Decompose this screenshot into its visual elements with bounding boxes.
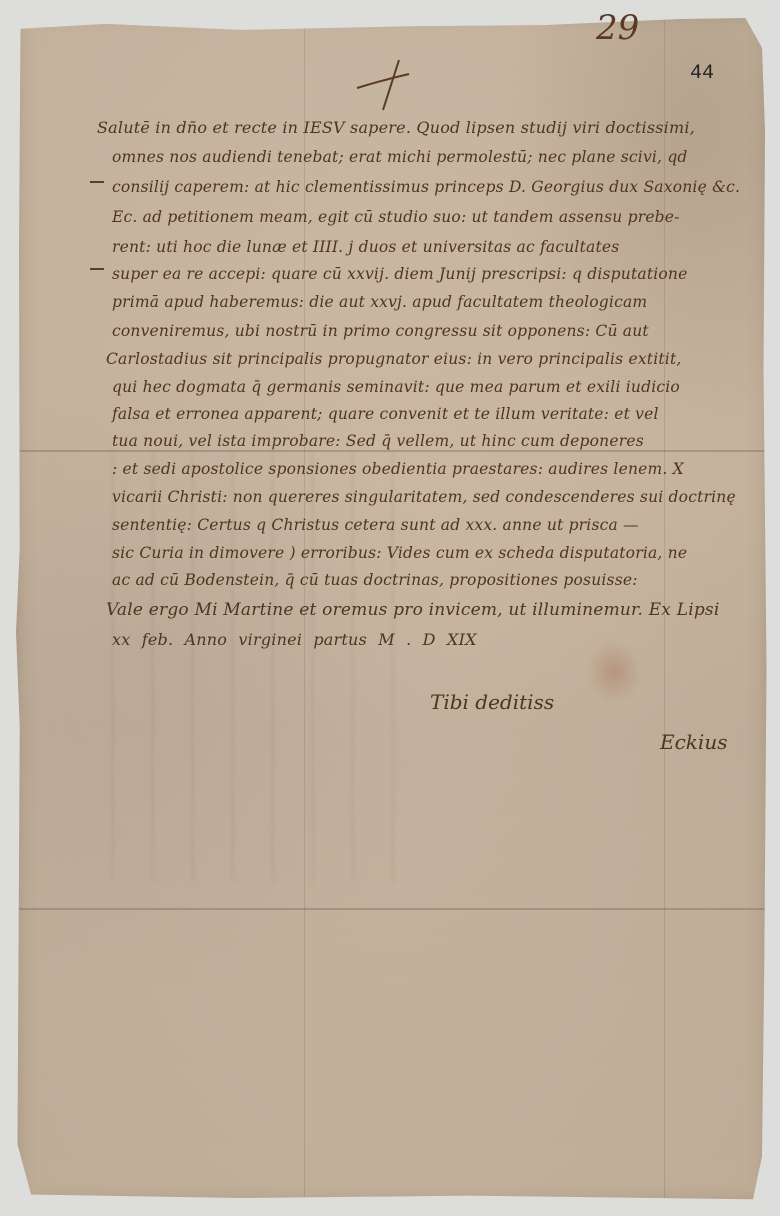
text-line: conveniremus, ubi nostrū in primo congre…	[112, 322, 649, 340]
fold-line-horizontal-upper	[16, 450, 768, 452]
text-line: super ea re accepi: quare cū xxvij. diem…	[112, 265, 688, 283]
text-line: omnes nos audiendi tenebat; erat michi p…	[112, 148, 688, 166]
text-line: consilij caperem: at hic clementissimus …	[112, 178, 740, 196]
text-line: sententię: Certus q Christus cetera sunt…	[112, 516, 639, 534]
margin-mark	[90, 268, 104, 270]
text-line: Salutē in dn̄o et recte in IESV sapere. …	[97, 118, 695, 137]
signature: Eckius	[660, 730, 727, 754]
text-line: Ec. ad petitionem meam, egit cū studio s…	[112, 208, 680, 226]
text-line: falsa et erronea apparent; quare conveni…	[112, 405, 659, 423]
cross-mark-icon	[355, 58, 411, 112]
text-line: : et sedi apostolice sponsiones obedient…	[112, 460, 684, 478]
folio-number-handwritten: 29	[596, 8, 639, 48]
text-line: ac ad cū Bodenstein, q̄ cū tuas doctrina…	[112, 571, 638, 589]
text-line: vicarii Christi: non quereres singularit…	[112, 488, 736, 506]
document-viewer: 29 44 Salutē in dn̄o et recte in IESV sa…	[0, 0, 780, 1216]
text-line: sic Curia in dimovere ) erroribus: Vides…	[112, 544, 687, 562]
text-line: qui hec dogmata q̄ germanis seminavit: q…	[112, 378, 680, 396]
text-line: tua noui, vel ista improbare: Sed q̄ vel…	[112, 432, 644, 450]
text-line-date: xx feb. Anno virginei partus M . D XIX	[112, 630, 477, 649]
text-line: Vale ergo Mi Martine et oremus pro invic…	[106, 600, 719, 620]
text-line: rent: uti hoc die lunæ et IIII. j duos e…	[112, 238, 619, 256]
fold-line-horizontal-lower	[16, 908, 768, 910]
folio-number-stamped: 44	[690, 62, 714, 85]
closing-salutation: Tibi deditiss	[430, 690, 554, 714]
margin-mark	[90, 181, 104, 183]
text-line: primā apud haberemus: die aut xxvj. apud…	[112, 293, 647, 311]
text-line: Carlostadius sit principalis propugnator…	[106, 350, 682, 368]
wax-stain	[586, 640, 642, 704]
